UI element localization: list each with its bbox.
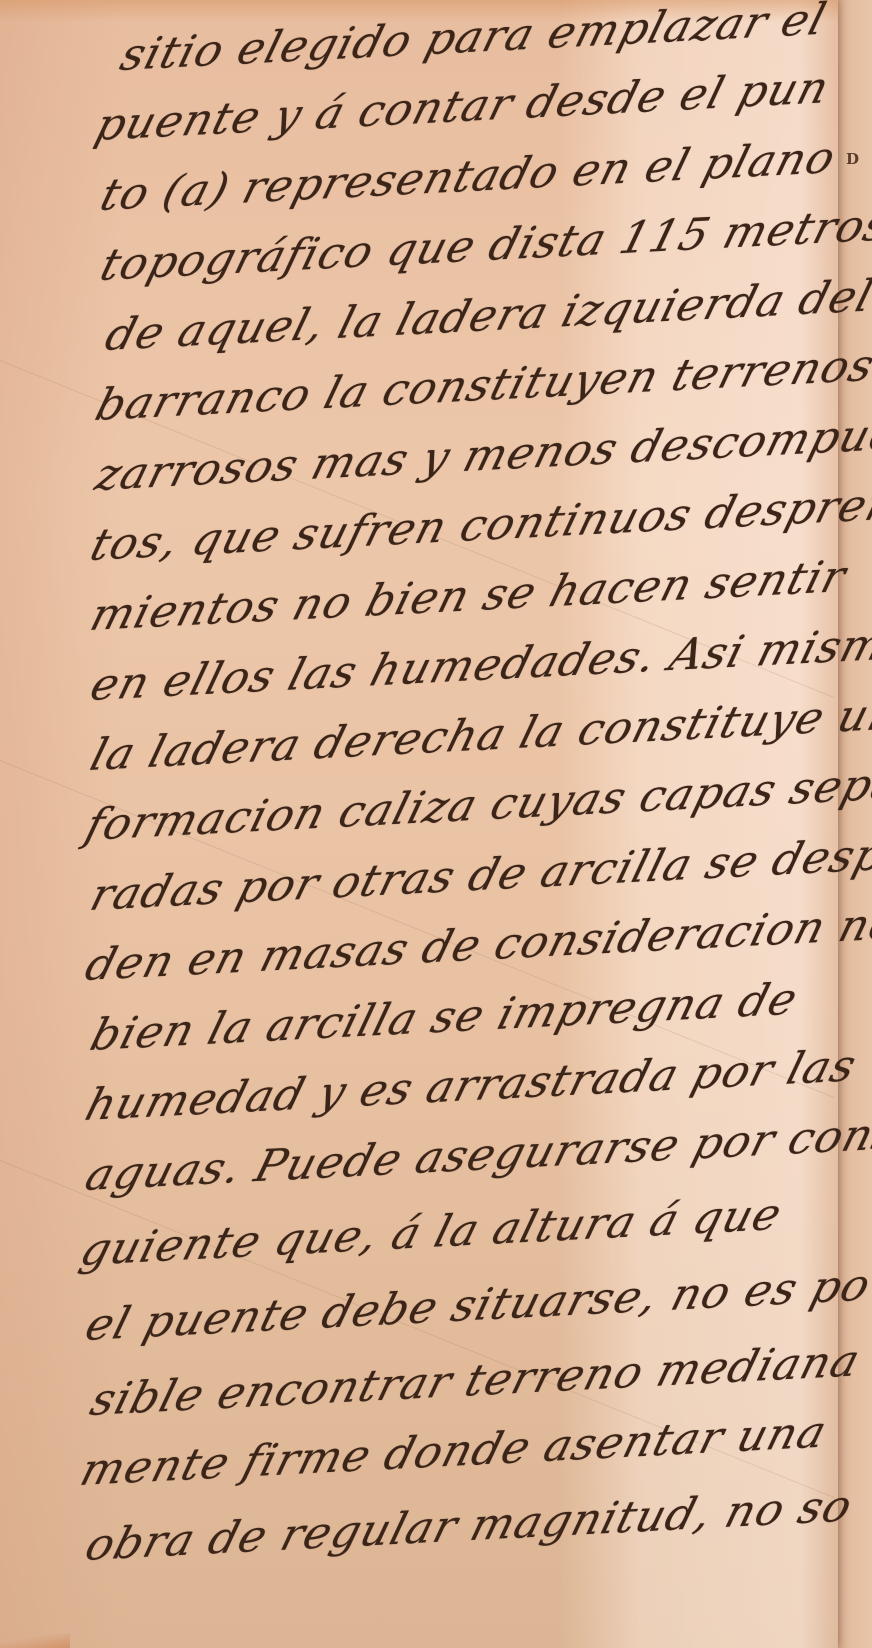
text-line: bien la arcilla se impregna de	[85, 974, 804, 1061]
manuscript-page: sitio elegido para emplazar el puente y …	[0, 0, 838, 1648]
text-line: guiente que, á la altura á que	[75, 1189, 788, 1276]
adjacent-page-printed-fragment: D	[846, 150, 858, 168]
page-bottom-corner	[0, 1634, 70, 1648]
text-line: obra de regular magnitud, no so	[80, 1481, 858, 1571]
text-line: el puente debe situarse, no es po	[80, 1260, 872, 1351]
